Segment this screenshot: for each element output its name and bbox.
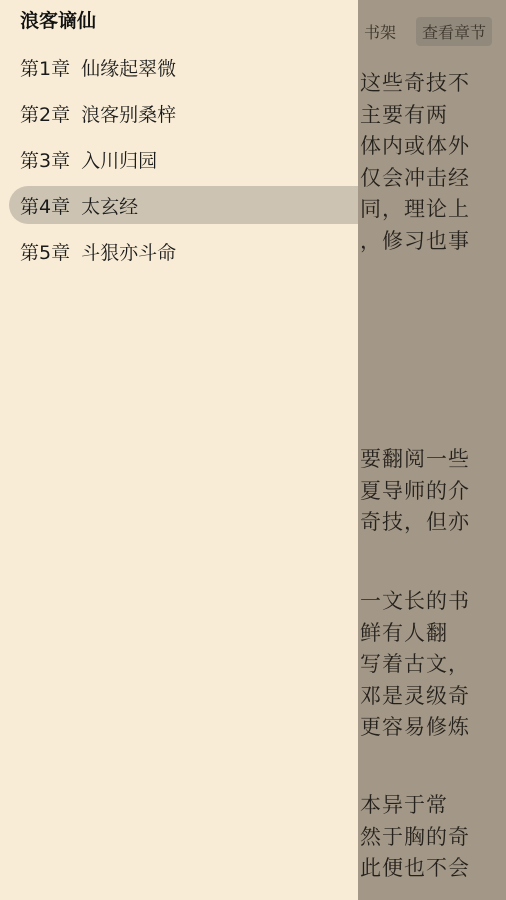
chapter-number: 第1章 xyxy=(20,54,70,81)
chapter-item[interactable]: 第2章浪客别桑梓 xyxy=(0,94,358,132)
chapter-item[interactable]: 第1章仙缘起翠微 xyxy=(0,48,358,86)
chapter-item[interactable]: 第5章斗狠亦斗命 xyxy=(0,232,358,270)
chapter-number: 第5章 xyxy=(20,238,70,265)
book-title: 浪客谪仙 xyxy=(20,8,96,34)
chapter-list: 第1章仙缘起翠微第2章浪客别桑梓第3章入川归园第4章太玄经第5章斗狠亦斗命 xyxy=(0,48,358,278)
chapter-title: 入川归园 xyxy=(81,146,157,173)
chapter-number: 第2章 xyxy=(20,100,70,127)
chapter-title: 斗狠亦斗命 xyxy=(81,238,176,265)
chapter-title: 太玄经 xyxy=(81,192,138,219)
chapter-number: 第3章 xyxy=(20,146,70,173)
chapter-number: 第4章 xyxy=(20,192,70,219)
chapter-item[interactable]: 第4章太玄经 xyxy=(9,186,358,224)
chapter-title: 浪客别桑梓 xyxy=(81,100,176,127)
chapter-drawer: 浪客谪仙 第1章仙缘起翠微第2章浪客别桑梓第3章入川归园第4章太玄经第5章斗狠亦… xyxy=(0,0,358,900)
chapter-item[interactable]: 第3章入川归园 xyxy=(0,140,358,178)
chapter-title: 仙缘起翠微 xyxy=(81,54,176,81)
